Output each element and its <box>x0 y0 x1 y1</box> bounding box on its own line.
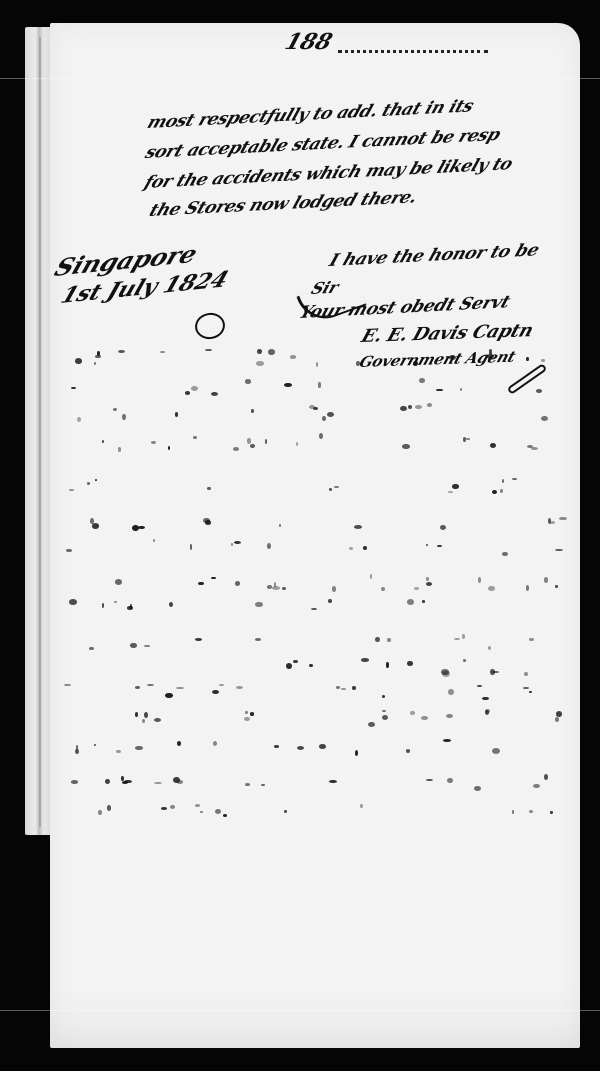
speck <box>274 745 279 748</box>
speck <box>116 750 120 753</box>
speck <box>544 774 548 779</box>
speck <box>559 517 567 520</box>
speck <box>138 526 145 530</box>
speck <box>415 405 422 410</box>
speck <box>426 544 428 546</box>
speck <box>265 439 267 444</box>
speck <box>245 783 250 786</box>
speck <box>245 711 247 715</box>
speck <box>311 608 317 610</box>
speck <box>77 417 81 423</box>
speck <box>234 541 242 544</box>
speck <box>408 405 412 409</box>
speck <box>293 660 297 663</box>
speck <box>512 478 517 480</box>
speck <box>382 710 386 712</box>
speck <box>102 603 105 608</box>
speck <box>64 684 71 686</box>
speck <box>382 695 385 698</box>
speck <box>102 440 104 443</box>
speck <box>426 779 433 781</box>
speck <box>250 444 255 448</box>
speck <box>550 811 553 813</box>
speck <box>556 711 562 716</box>
speck <box>245 379 250 383</box>
speck <box>454 638 460 640</box>
speck <box>361 658 369 662</box>
speck <box>318 382 322 388</box>
speck <box>550 521 555 524</box>
speck <box>313 407 318 410</box>
speck <box>71 387 76 389</box>
speck <box>437 545 441 547</box>
speck <box>354 525 362 529</box>
speck <box>176 687 183 689</box>
speck <box>336 686 340 688</box>
speck <box>355 750 358 756</box>
speck <box>272 586 280 590</box>
speck <box>407 599 414 605</box>
speck <box>482 697 488 700</box>
scan-viewer: 188 most respectfully to add. that in it… <box>0 0 600 1071</box>
speck <box>198 582 204 586</box>
speck <box>490 443 496 448</box>
speck <box>297 746 304 750</box>
speck <box>488 586 495 591</box>
speck <box>410 711 415 715</box>
speck <box>485 710 489 715</box>
speck <box>105 779 110 784</box>
speck <box>478 577 480 583</box>
speck <box>460 388 462 390</box>
speck <box>474 786 481 792</box>
speck <box>173 777 179 783</box>
speck <box>462 634 465 639</box>
speck <box>185 391 191 395</box>
speck <box>161 807 166 810</box>
speck <box>205 349 212 352</box>
speck <box>407 661 412 666</box>
speck <box>286 663 292 669</box>
speck <box>69 599 76 605</box>
speck <box>175 412 179 417</box>
speck <box>370 574 372 579</box>
speck <box>94 744 96 746</box>
speck <box>267 543 271 549</box>
scan-artifact-line <box>0 1010 600 1011</box>
speck <box>328 599 332 603</box>
speck <box>223 814 227 818</box>
speck <box>207 487 210 490</box>
speck <box>190 544 192 550</box>
speck <box>526 585 529 591</box>
speck <box>492 748 500 754</box>
speck <box>446 714 453 718</box>
speck <box>548 518 551 524</box>
speck <box>142 719 145 723</box>
speck <box>256 361 263 366</box>
speck <box>89 647 94 650</box>
speck <box>544 577 548 582</box>
speck <box>284 383 292 388</box>
speck <box>555 717 559 722</box>
speck <box>386 662 388 667</box>
speck <box>169 602 173 607</box>
speck <box>144 645 150 647</box>
speck <box>541 416 548 421</box>
speck <box>168 446 170 450</box>
speck <box>319 433 323 439</box>
speck <box>448 491 454 494</box>
speck <box>135 746 143 751</box>
speck <box>290 355 296 358</box>
speck <box>195 804 200 807</box>
speck <box>235 581 240 586</box>
speck <box>533 784 540 788</box>
speck <box>334 486 339 488</box>
speck <box>247 438 252 443</box>
speck <box>170 805 175 809</box>
speck <box>177 741 182 746</box>
speck <box>492 490 497 494</box>
speck <box>132 525 139 531</box>
speck <box>257 349 261 354</box>
speck <box>153 539 155 542</box>
speck <box>490 669 494 674</box>
speck <box>555 549 563 551</box>
speck <box>427 403 432 407</box>
speck <box>488 646 492 651</box>
speck <box>529 810 533 813</box>
speck <box>349 547 353 551</box>
speck <box>466 438 470 441</box>
speck <box>452 484 459 488</box>
speck <box>442 671 450 677</box>
speck <box>279 524 281 527</box>
speck <box>502 552 507 556</box>
speck <box>329 488 332 491</box>
speck <box>421 716 429 720</box>
speck <box>523 687 528 689</box>
speck <box>219 684 224 686</box>
underlying-page-edge <box>25 27 51 835</box>
speck <box>200 811 204 813</box>
speck <box>255 638 261 640</box>
speck <box>360 804 363 808</box>
speck <box>124 780 132 784</box>
speck <box>69 489 74 491</box>
speck <box>387 638 392 641</box>
speck <box>154 718 161 722</box>
speck <box>502 479 504 483</box>
speck <box>363 546 367 550</box>
speck <box>215 809 221 814</box>
speck <box>251 409 254 413</box>
speck <box>477 685 482 687</box>
speck <box>529 691 532 693</box>
speck <box>236 686 243 689</box>
speck <box>191 386 198 391</box>
speck <box>165 693 173 698</box>
speck <box>154 782 162 784</box>
speck <box>195 638 202 641</box>
speck <box>115 579 122 585</box>
speck <box>400 406 407 411</box>
speck <box>95 479 98 482</box>
speck <box>92 523 100 529</box>
speck <box>536 389 542 393</box>
speck <box>268 349 276 355</box>
speck <box>107 805 111 810</box>
speck <box>98 810 102 815</box>
speck <box>147 684 154 686</box>
speck <box>75 358 82 364</box>
speck <box>443 739 450 742</box>
speck <box>316 362 318 368</box>
speck <box>309 664 313 668</box>
speck <box>118 350 125 353</box>
speck <box>118 447 122 452</box>
speck <box>327 412 334 417</box>
speck <box>130 643 136 649</box>
speck <box>381 587 385 591</box>
scan-artifact-line <box>0 78 600 79</box>
speck <box>375 637 380 642</box>
speck <box>151 441 157 444</box>
speck <box>250 712 255 715</box>
speck <box>414 587 419 590</box>
speck <box>284 810 287 814</box>
speck <box>426 582 432 586</box>
speck <box>114 601 118 604</box>
speck <box>500 489 503 494</box>
speck <box>329 780 337 783</box>
speck <box>332 586 336 592</box>
speck <box>448 689 453 695</box>
speck <box>555 585 558 588</box>
speck <box>436 389 443 392</box>
speck <box>296 442 298 447</box>
speck <box>529 638 533 641</box>
speck <box>244 717 250 721</box>
speck <box>211 577 216 579</box>
speck <box>261 784 264 786</box>
speck <box>426 577 429 581</box>
speck <box>213 741 217 746</box>
speck <box>282 587 286 590</box>
speck <box>512 810 514 814</box>
speck <box>322 416 326 421</box>
speck <box>406 749 410 753</box>
speck <box>135 686 141 690</box>
speck <box>402 444 410 448</box>
speck <box>531 447 538 450</box>
speck <box>87 482 90 484</box>
speck <box>526 357 529 361</box>
speck <box>122 414 125 420</box>
speck <box>541 359 546 362</box>
speck <box>160 351 165 353</box>
letter-page: 188 most respectfully to add. that in it… <box>50 23 580 1048</box>
speck <box>71 780 79 784</box>
speck <box>135 712 139 717</box>
folio-underline <box>338 47 488 53</box>
speck <box>113 408 117 411</box>
speck <box>193 436 197 439</box>
speck <box>319 744 326 749</box>
speck <box>524 672 528 676</box>
speck <box>94 362 97 365</box>
speck <box>341 688 346 691</box>
speck <box>212 690 219 694</box>
speck <box>422 600 425 602</box>
speck <box>447 778 452 783</box>
speck <box>255 602 263 608</box>
speck <box>231 543 233 546</box>
speck <box>382 715 388 720</box>
speck <box>419 378 425 383</box>
speck <box>233 447 239 451</box>
speck <box>144 712 148 718</box>
speck <box>352 686 356 690</box>
speck <box>66 549 72 553</box>
speck <box>76 745 78 750</box>
speck <box>368 722 375 727</box>
speck <box>211 392 219 396</box>
speck <box>463 659 467 662</box>
folio-number: 188 <box>282 29 335 55</box>
speck <box>440 525 446 530</box>
